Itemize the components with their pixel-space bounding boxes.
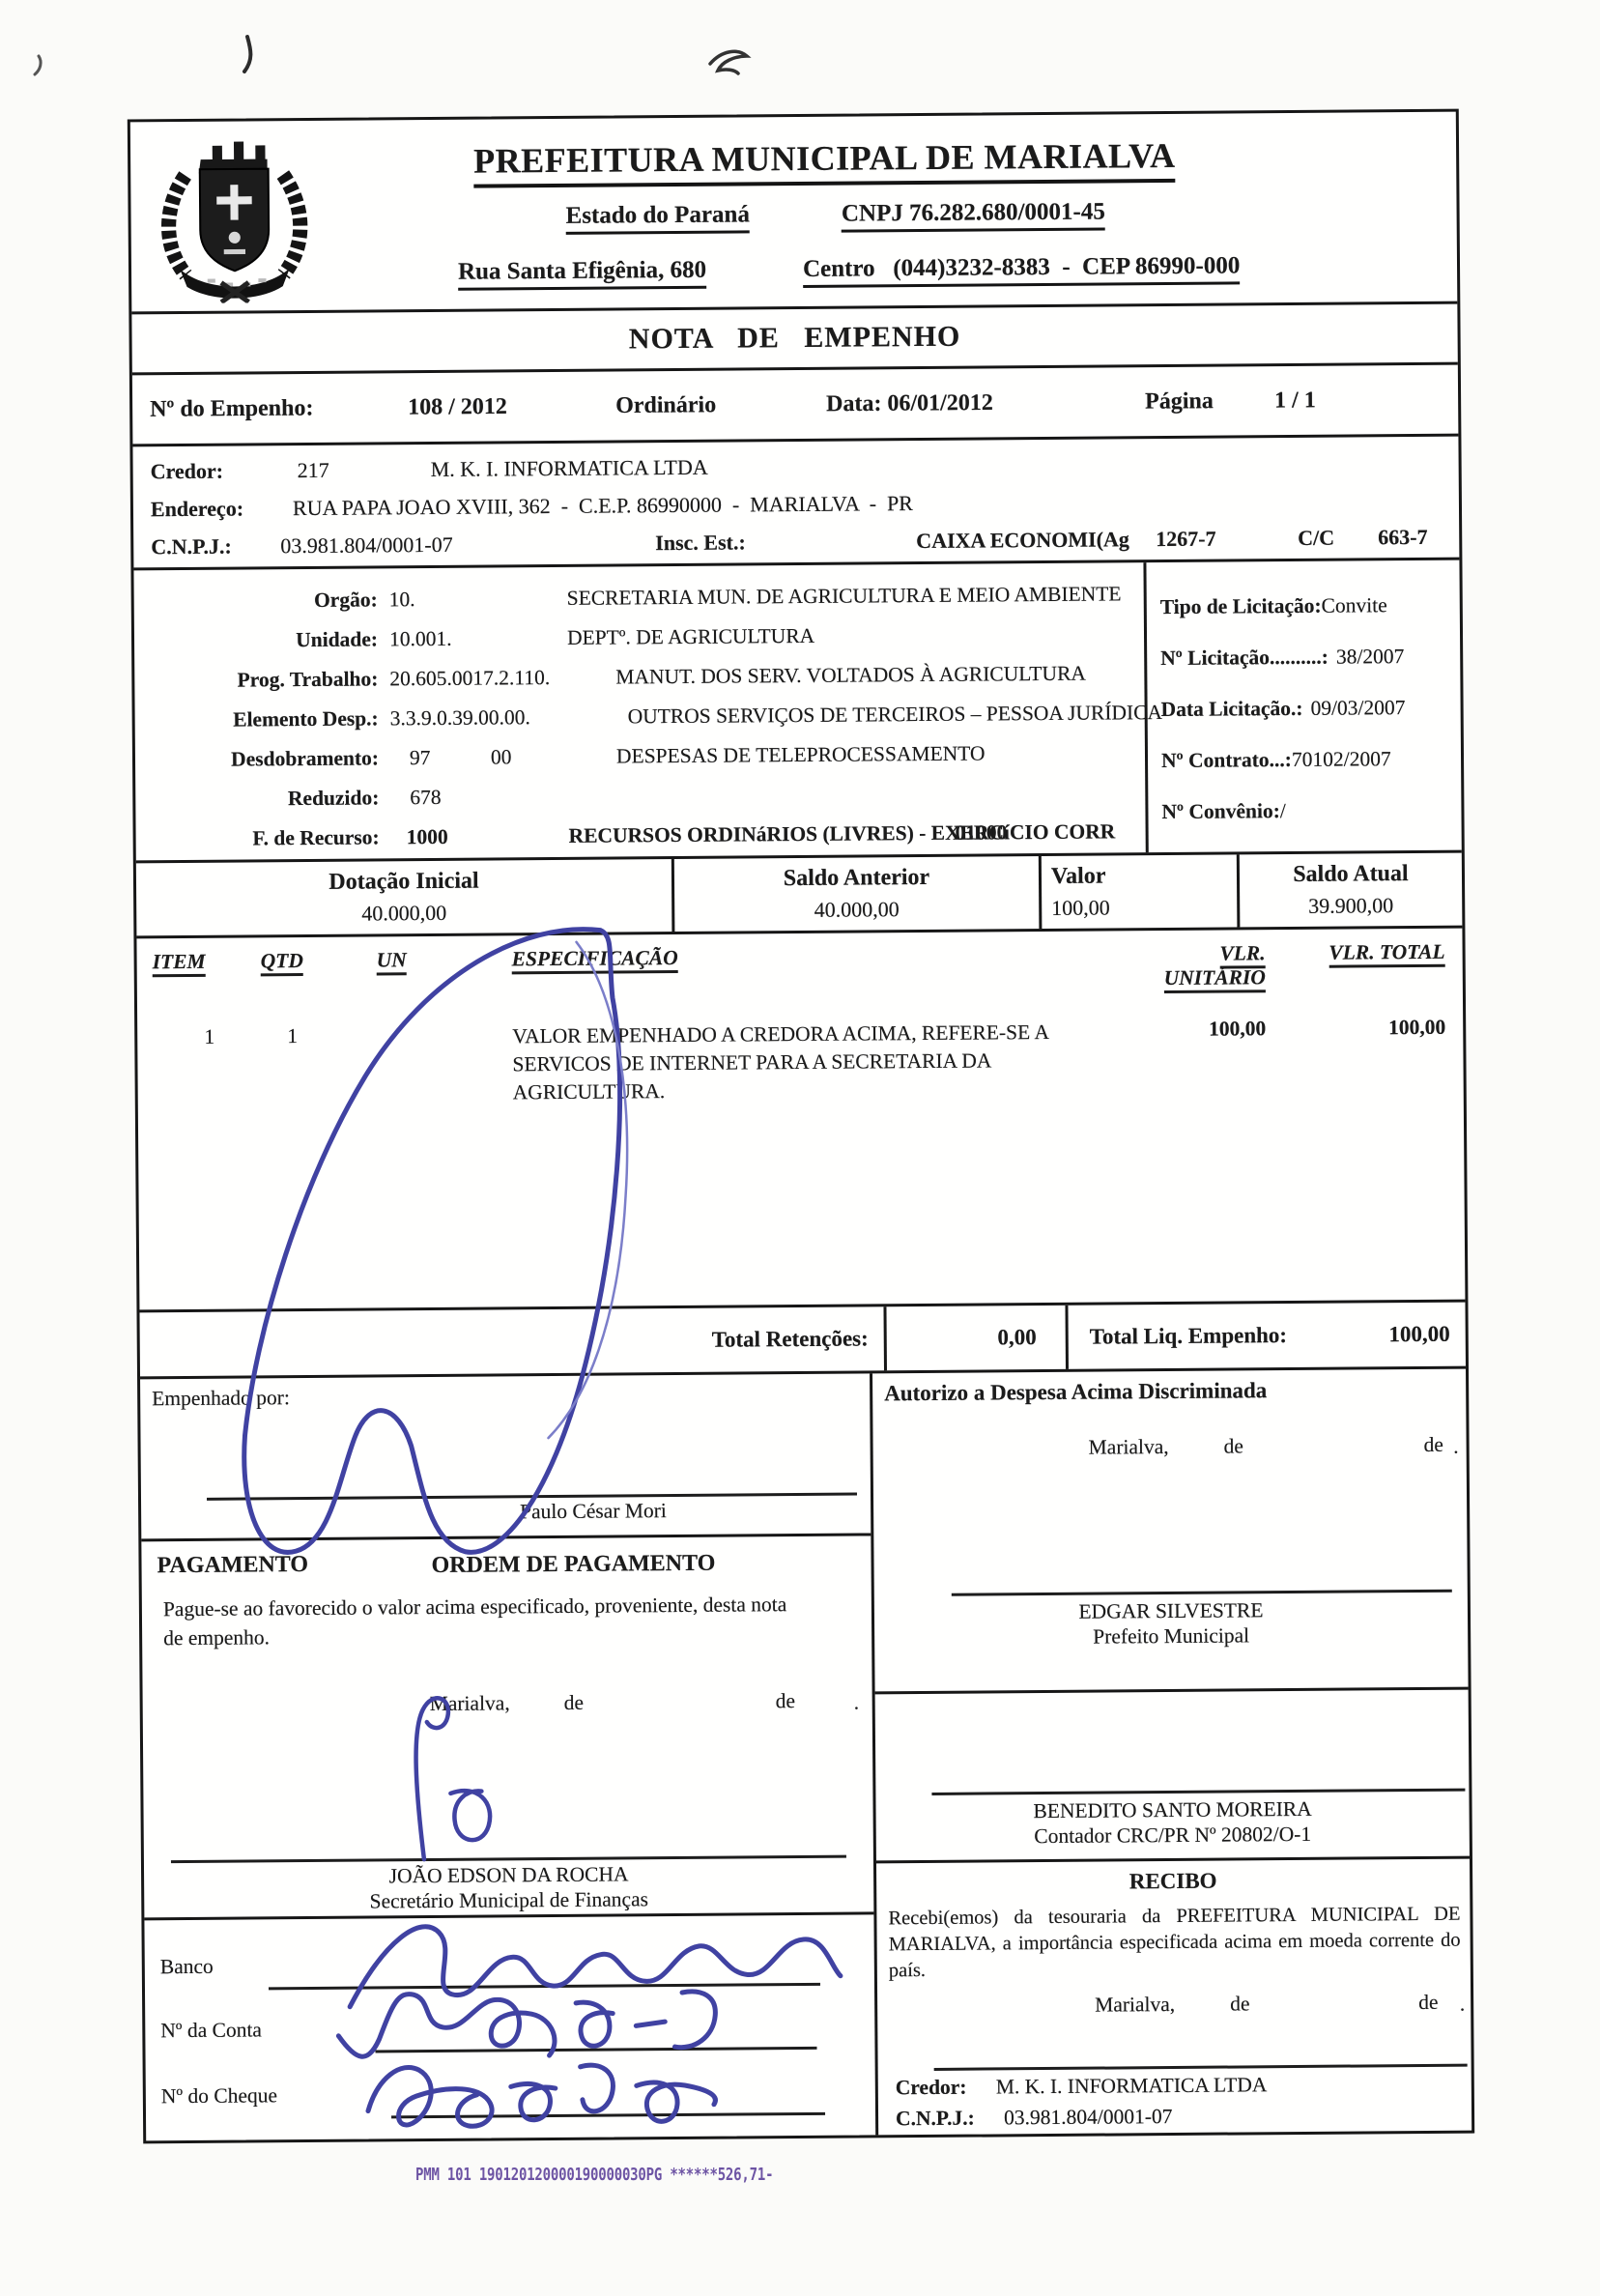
num-contrato-label: Nº Contrato...: xyxy=(1161,748,1292,772)
col-un-header: UN xyxy=(377,948,407,975)
recibo-cnpj-label: C.N.P.J.: xyxy=(896,2107,975,2132)
prog-trabalho-code: 20.605.0017.2.110. xyxy=(389,658,550,699)
licitacao-contrato: Nº Contrato...:70102/2007 xyxy=(1161,733,1461,787)
orgao-code: 10. xyxy=(389,580,415,619)
address-label: Endereço: xyxy=(151,490,243,529)
recibo-credor-name: M. K. I. INFORMATICA LTDA xyxy=(996,2073,1268,2099)
page-label: Página xyxy=(1145,388,1214,416)
total-liquido-value: 100,00 xyxy=(1287,1303,1466,1367)
empenhado-por-label: Empenhado por: xyxy=(152,1386,290,1411)
dotacao-inicial-value: 40.000,00 xyxy=(136,896,671,931)
saldo-atual-value: 39.900,00 xyxy=(1240,890,1462,923)
recurso-extra-code: 01000 xyxy=(955,813,1007,852)
recibo-credor-line xyxy=(934,2064,1468,2071)
recibo-text: Recebi(emos) da tesouraria da PREFEITURA… xyxy=(888,1902,1461,1985)
saldo-atual-label: Saldo Atual xyxy=(1240,857,1462,892)
col-item-header: ITEM xyxy=(153,950,206,977)
empenhado-signer-name: Paulo César Mori xyxy=(520,1499,667,1524)
autorizo-title: Autorizo a Despesa Acima Discriminada xyxy=(884,1378,1267,1406)
autorizo-city: Marialva, xyxy=(1089,1435,1169,1460)
unidade-desc: DEPTº. DE AGRICULTURA xyxy=(567,617,814,658)
desdobramento-code2: 00 xyxy=(491,737,512,777)
ordem-pagamento-title: ORDEM DE PAGAMENTO xyxy=(431,1551,715,1579)
creditor-name: M. K. I. INFORMATICA LTDA xyxy=(430,448,707,488)
item-row: 1 1 VALOR EMPENHADO A CREDORA ACIMA, REF… xyxy=(153,1016,1448,1110)
data-licitacao-value: 09/03/2007 xyxy=(1302,696,1405,720)
pagamento-title: PAGAMENTO xyxy=(157,1552,308,1579)
orgao-label: Orgão: xyxy=(134,580,378,621)
banco-label: Banco xyxy=(160,1955,214,1979)
conta-line xyxy=(375,2047,816,2053)
item-specification: VALOR EMPENHADO A CREDORA ACIMA, REFERE-… xyxy=(512,1018,1117,1106)
empenho-number-value: 108 / 2012 xyxy=(408,393,507,420)
saldo-anterior-col: Saldo Anterior 40.000,00 xyxy=(674,856,1043,932)
empenho-date: Data: 06/01/2012 xyxy=(826,389,993,416)
municipality-title: PREFEITURA MUNICIPAL DE MARIALVA xyxy=(473,135,1176,188)
recibo-cnpj-value: 03.981.804/0001-07 xyxy=(1004,2105,1173,2130)
contador-name: BENEDITO SANTO MOREIRA xyxy=(875,1796,1469,1825)
reduzido-code: 678 xyxy=(410,778,442,818)
budget-row-recurso: F. de Recurso: 1000 RECURSOS ORDINáRIOS … xyxy=(135,812,1145,859)
orgao-desc: SECRETARIA MUN. DE AGRICULTURA E MEIO AM… xyxy=(567,574,1122,618)
pagamento-dot: . xyxy=(854,1691,860,1715)
totals-row: Total Retenções: 0,00 Total Liq. Empenho… xyxy=(139,1303,1465,1380)
desdobramento-label: Desdobramento: xyxy=(135,738,379,780)
left-column: Empenhado por: Paulo César Mori PAGAMENT… xyxy=(140,1373,878,2140)
dotacao-inicial-label: Dotação Inicial xyxy=(136,863,671,900)
recibo-de2: de xyxy=(1418,1991,1438,2015)
item-unit-price: 100,00 xyxy=(1116,1017,1266,1042)
col-qtd-header: QTD xyxy=(261,949,303,976)
document-title: NOTA DE EMPENHO xyxy=(131,304,1457,376)
elemento-code: 3.3.9.0.39.00.00. xyxy=(390,698,530,738)
col-spec-header: ESPECIFICAÇÃO xyxy=(512,946,678,974)
reduzido-label: Reduzido: xyxy=(135,778,379,819)
cnpj-label: CNPJ 76.282.680/0001-45 xyxy=(842,198,1105,232)
pagamento-de2: de xyxy=(776,1689,795,1713)
dot-matrix-footer-code: PMM 101 190120120000190000030PG ******52… xyxy=(415,2166,773,2185)
prefeito-name: EDGAR SILVESTRE xyxy=(874,1597,1468,1626)
document-header: PREFEITURA MUNICIPAL DE MARIALVA Estado … xyxy=(130,112,1458,315)
num-convenio-value: / xyxy=(1280,799,1286,822)
bank-account: 663-7 xyxy=(1378,518,1428,556)
pagamento-city: Marialva, xyxy=(430,1691,510,1716)
num-licitacao-label: Nº Licitação..........: xyxy=(1160,646,1329,670)
items-table: ITEM QTD UN ESPECIFICAÇÃO VLR. UNITÁRIO … xyxy=(136,929,1465,1313)
banco-line xyxy=(269,1983,820,1990)
street-address: Rua Santa Efigênia, 680 xyxy=(458,257,706,291)
items-header: ITEM QTD UN ESPECIFICAÇÃO VLR. UNITÁRIO … xyxy=(153,940,1447,999)
autorizo-de1: de xyxy=(1224,1434,1243,1458)
pagamento-text: Pague-se ao favorecido o valor acima esp… xyxy=(163,1591,793,1652)
header-text: PREFEITURA MUNICIPAL DE MARIALVA Estado … xyxy=(329,112,1457,292)
contador-role: Contador CRC/PR Nº 20802/O-1 xyxy=(876,1822,1470,1851)
saldo-anterior-label: Saldo Anterior xyxy=(674,860,1039,896)
unidade-label: Unidade: xyxy=(134,619,378,661)
recibo-dot: . xyxy=(1460,1993,1466,2017)
bank-details-box: Banco Nº da Conta Nº do Cheque xyxy=(144,1914,875,2140)
creditor-address: RUA PAPA JOAO XVIII, 362 - C.E.P. 869900… xyxy=(293,484,913,527)
conta-label: Nº da Conta xyxy=(160,2018,262,2043)
pagamento-box: PAGAMENTO ORDEM DE PAGAMENTO Pague-se ao… xyxy=(141,1535,873,1920)
data-licitacao-label: Data Licitação.: xyxy=(1161,697,1303,721)
total-liquido-label: Total Liq. Empenho: xyxy=(1068,1304,1287,1369)
bank-name: CAIXA ECONOMI(Ag xyxy=(916,520,1129,560)
balances-row: Dotação Inicial 40.000,00 Saldo Anterior… xyxy=(136,853,1463,939)
autorizo-de2: de xyxy=(1424,1433,1443,1457)
pagamento-de1: de xyxy=(564,1691,584,1715)
empenhado-box: Empenhado por: Paulo César Mori xyxy=(140,1373,871,1541)
recibo-de1: de xyxy=(1230,1992,1249,2016)
nota-de-empenho-document: PREFEITURA MUNICIPAL DE MARIALVA Estado … xyxy=(128,109,1474,2144)
unidade-code: 10.001. xyxy=(389,619,452,660)
cheque-label: Nº do Cheque xyxy=(161,2083,277,2109)
state-registration-label: Insc. Est.: xyxy=(655,523,746,561)
saldo-atual-col: Saldo Atual 39.900,00 xyxy=(1240,853,1463,928)
autorizo-dot: . xyxy=(1453,1435,1459,1459)
prefeito-role: Prefeito Municipal xyxy=(874,1622,1468,1651)
licitacao-data: Data Licitação.:09/03/2007 xyxy=(1160,682,1460,735)
recibo-title: RECIBO xyxy=(876,1867,1470,1897)
valor-label: Valor xyxy=(1051,858,1237,893)
item-total-price: 100,00 xyxy=(1291,1016,1447,1041)
saldo-anterior-value: 40.000,00 xyxy=(674,893,1039,927)
item-number: 1 xyxy=(153,1025,214,1050)
elemento-desc: OUTROS SERVIÇOS DE TERCEIROS – PESSOA JU… xyxy=(628,693,1163,736)
recurso-label: F. de Recurso: xyxy=(135,818,379,859)
recibo-city: Marialva, xyxy=(1095,1993,1175,2018)
right-column: Autorizo a Despesa Acima Discriminada Ma… xyxy=(872,1369,1471,2136)
marialva-coat-of-arms-logo xyxy=(156,129,313,303)
creditor-label: Credor: xyxy=(151,452,224,491)
tipo-licitacao-value: Convite xyxy=(1322,593,1387,617)
valor-value: 100,00 xyxy=(1051,891,1237,924)
empenho-number-row: Nº do Empenho: 108 / 2012 Ordinário Data… xyxy=(132,365,1459,447)
empenho-number-label: Nº do Empenho: xyxy=(150,395,314,422)
num-contrato-value: 70102/2007 xyxy=(1292,747,1391,771)
cnpj-value: 03.981.804/0001-07 xyxy=(280,526,453,564)
bank-account-label: C/C xyxy=(1298,519,1334,557)
col-unit-header: VLR. UNITÁRIO xyxy=(1164,941,1266,993)
contador-box: BENEDITO SANTO MOREIRA Contador CRC/PR N… xyxy=(875,1690,1470,1864)
desdobramento-desc: DESPESAS DE TELEPROCESSAMENTO xyxy=(616,733,986,776)
creditor-block: Credor: 217 M. K. I. INFORMATICA LTDA En… xyxy=(132,437,1459,571)
bank-agency: 1267-7 xyxy=(1156,520,1216,558)
valor-col: Valor 100,00 xyxy=(1042,854,1241,929)
elemento-label: Elemento Desp.: xyxy=(135,699,379,740)
budget-classification: Orgão: 10. SECRETARIA MUN. DE AGRICULTUR… xyxy=(133,562,1145,860)
num-licitacao-value: 38/2007 xyxy=(1329,645,1405,669)
empenho-type: Ordinário xyxy=(615,392,716,419)
contador-signature-line xyxy=(931,1789,1465,1795)
budget-block: Orgão: 10. SECRETARIA MUN. DE AGRICULTUR… xyxy=(133,560,1461,864)
total-retencoes-value: 0,00 xyxy=(886,1306,1066,1370)
state-label: Estado do Paraná xyxy=(565,201,750,234)
signature-area: Empenhado por: Paulo César Mori PAGAMENT… xyxy=(140,1369,1471,2141)
licitacao-panel: Tipo de Licitação:Convite Nº Licitação..… xyxy=(1143,560,1461,853)
prog-trabalho-desc: MANUT. DOS SERV. VOLTADOS À AGRICULTURA xyxy=(615,654,1086,698)
recibo-credor-label: Credor: xyxy=(896,2076,967,2101)
header-address-row: Rua Santa Efigênia, 680 Centro (044)3232… xyxy=(329,251,1457,292)
dotacao-inicial-col: Dotação Inicial 40.000,00 xyxy=(136,859,675,935)
recurso-code: 1000 xyxy=(406,818,447,857)
col-total-header: VLR. TOTAL xyxy=(1329,940,1444,968)
licitacao-numero: Nº Licitação..........:38/2007 xyxy=(1160,631,1460,684)
total-retencoes-label: Total Retenções: xyxy=(139,1306,883,1376)
creditor-code: 217 xyxy=(297,451,329,489)
address-contact: Centro (044)3232-8383 - CEP 86990-000 xyxy=(803,252,1241,288)
secretario-role: Secretário Municipal de Finanças xyxy=(144,1885,873,1915)
recurso-desc: RECURSOS ORDINáRIOS (LIVRES) - EXERCíCIO… xyxy=(568,812,1115,855)
recibo-box: RECIBO Recebi(emos) da tesouraria da PRE… xyxy=(876,1859,1471,2136)
page-value: 1 / 1 xyxy=(1274,387,1316,414)
desdobramento-code: 97 xyxy=(410,738,431,778)
autorizo-box: Autorizo a Despesa Acima Discriminada Ma… xyxy=(872,1369,1469,1695)
scan-stray-marks xyxy=(0,0,1600,116)
cnpj-label: C.N.P.J.: xyxy=(151,528,232,566)
num-convenio-label: Nº Convênio: xyxy=(1161,799,1280,823)
header-state-cnpj-row: Estado do Paraná CNPJ 76.282.680/0001-45 xyxy=(329,196,1456,237)
prefeito-signature-line xyxy=(952,1590,1452,1596)
licitacao-tipo: Tipo de Licitação:Convite xyxy=(1160,580,1460,633)
item-qty: 1 xyxy=(261,1024,324,1049)
tipo-licitacao-label: Tipo de Licitação: xyxy=(1160,594,1322,618)
cheque-line xyxy=(391,2112,825,2119)
prog-trabalho-label: Prog. Trabalho: xyxy=(134,659,378,701)
licitacao-convenio: Nº Convênio:/ xyxy=(1161,785,1461,838)
